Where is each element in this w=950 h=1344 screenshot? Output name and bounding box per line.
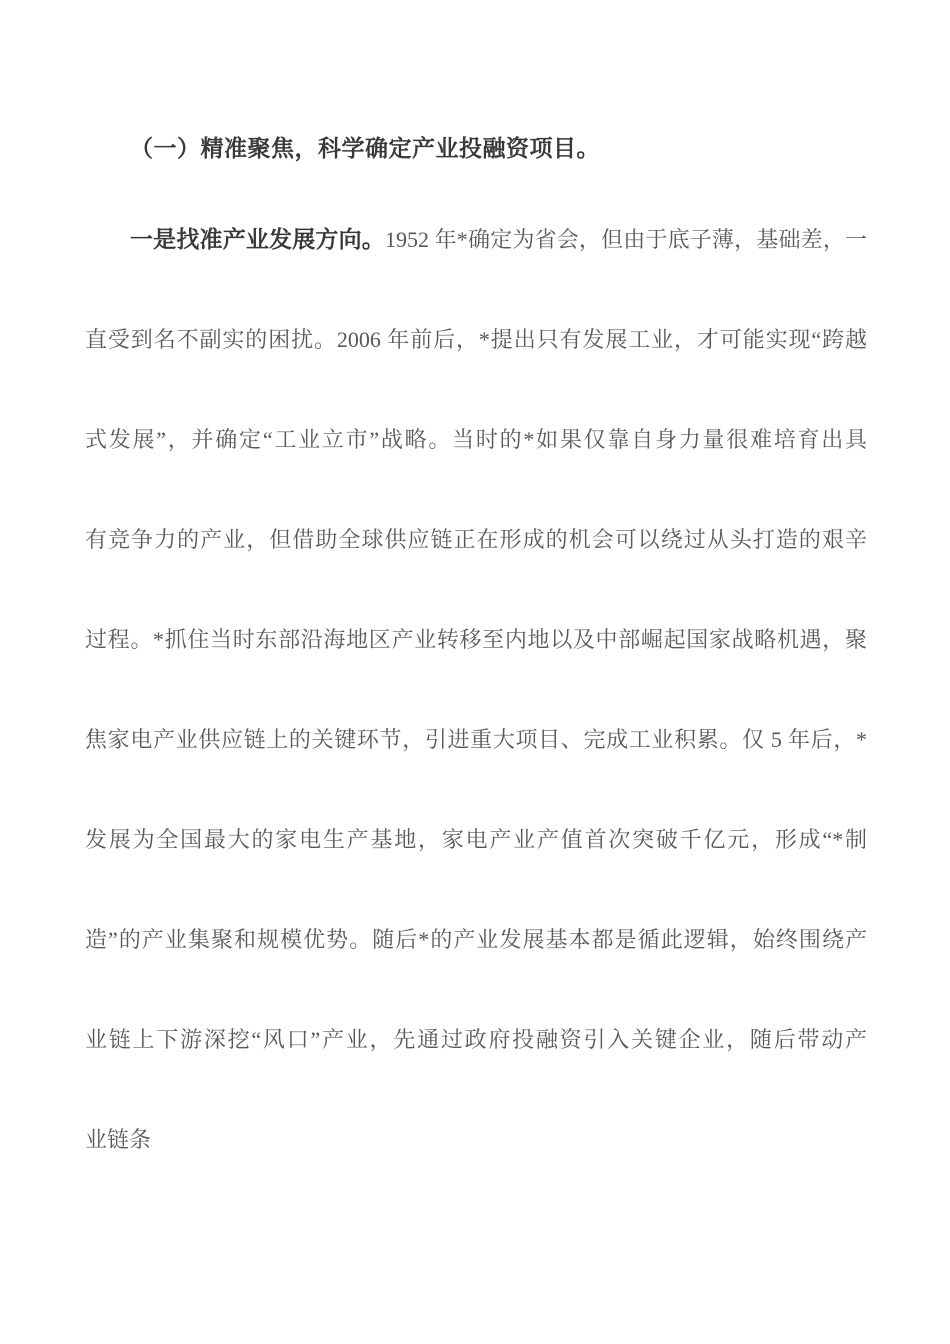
paragraph-line-10: 业链条 (85, 1090, 867, 1190)
paragraph-line-9: 业链上下游深挖“风口”产业，先通过政府投融资引入关键企业，随后带动产 (85, 990, 867, 1090)
paragraph-bold-lead: 一是找准产业发展方向。 (130, 227, 385, 252)
section-heading: （一）精准聚焦，科学确定产业投融资项目。 (85, 133, 867, 164)
paragraph-line-7: 发展为全国最大的家电生产基地，家电产业产值首次突破千亿元，形成“*制 (85, 790, 867, 890)
paragraph-line-1-text: 1952 年*确定为省会，但由于底子薄，基础差，一 (385, 227, 867, 252)
paragraph-line-1: 一是找准产业发展方向。1952 年*确定为省会，但由于底子薄，基础差，一 (85, 190, 867, 290)
paragraph-line-2: 直受到名不副实的困扰。2006 年前后，*提出只有发展工业，才可能实现“跨越 (85, 290, 867, 390)
body-paragraph: 一是找准产业发展方向。1952 年*确定为省会，但由于底子薄，基础差，一 直受到… (85, 190, 867, 1190)
paragraph-line-3: 式发展”，并确定“工业立市”战略。当时的*如果仅靠自身力量很难培育出具 (85, 390, 867, 490)
document-page: （一）精准聚焦，科学确定产业投融资项目。 一是找准产业发展方向。1952 年*确… (0, 0, 950, 1344)
paragraph-line-5: 过程。*抓住当时东部沿海地区产业转移至内地以及中部崛起国家战略机遇，聚 (85, 590, 867, 690)
paragraph-line-6: 焦家电产业供应链上的关键环节，引进重大项目、完成工业积累。仅 5 年后，* (85, 690, 867, 790)
paragraph-line-4: 有竞争力的产业，但借助全球供应链正在形成的机会可以绕过从头打造的艰辛 (85, 490, 867, 590)
paragraph-line-8: 造”的产业集聚和规模优势。随后*的产业发展基本都是循此逻辑，始终围绕产 (85, 890, 867, 990)
